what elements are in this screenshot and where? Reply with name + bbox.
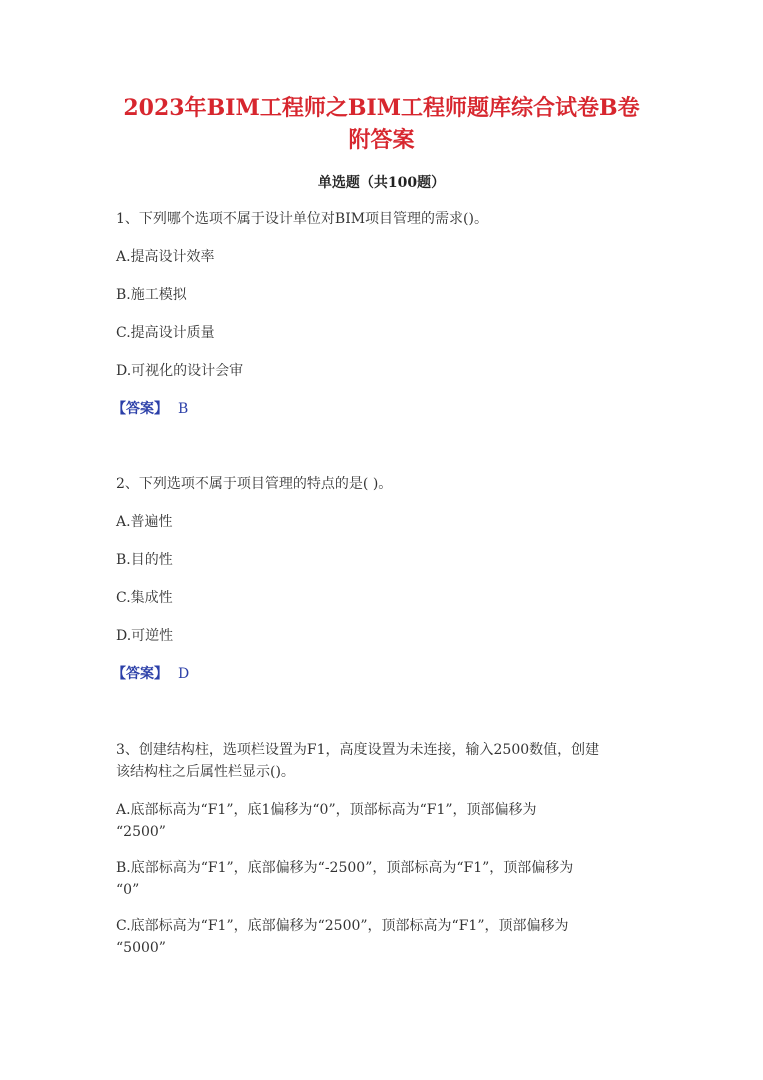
question-1-option-c: C.提高设计质量 — [116, 323, 215, 343]
question-1-answer: 【答案】B — [112, 399, 188, 419]
question-1-stem: 1、下列哪个选项不属于设计单位对BIM项目管理的需求()。 — [116, 209, 488, 229]
document-title: 2023年BIM工程师之BIM工程师题库综合试卷B卷 附答案 — [100, 92, 663, 156]
answer-label: 【答案】 — [112, 401, 168, 417]
title-line-1: 2023年BIM工程师之BIM工程师题库综合试卷B卷 — [100, 92, 663, 124]
question-3-option-c-line-1: C.底部标高为“F1”，底部偏移为“2500”，顶部标高为“F1”，顶部偏移为 — [116, 916, 568, 936]
answer-label: 【答案】 — [112, 666, 168, 682]
document-page: 2023年BIM工程师之BIM工程师题库综合试卷B卷 附答案 单选题（共100题… — [0, 0, 763, 1080]
question-1-option-b: B.施工模拟 — [116, 285, 187, 305]
answer-value: D — [178, 666, 189, 682]
question-3-option-a-line-2: “2500” — [116, 822, 166, 842]
question-2-answer: 【答案】D — [112, 664, 189, 684]
question-3-option-a-line-1: A.底部标高为“F1”，底1偏移为“0”，顶部标高为“F1”，顶部偏移为 — [116, 800, 537, 820]
question-3-stem-line-1: 3、创建结构柱，选项栏设置为F1，高度设置为未连接，输入2500数值，创建 — [116, 740, 599, 760]
question-2-stem: 2、下列选项不属于项目管理的特点的是( )。 — [116, 474, 392, 494]
answer-value: B — [178, 401, 188, 417]
question-2-option-d: D.可逆性 — [116, 626, 173, 646]
question-1-option-d: D.可视化的设计会审 — [116, 361, 243, 381]
question-1-option-a: A.提高设计效率 — [116, 247, 215, 267]
question-2-option-a: A.普遍性 — [116, 512, 173, 532]
question-3-option-b-line-1: B.底部标高为“F1”，底部偏移为“-2500”，顶部标高为“F1”，顶部偏移为 — [116, 858, 573, 878]
question-3-option-b-line-2: “0” — [116, 880, 139, 900]
title-line-2: 附答案 — [100, 124, 663, 156]
section-heading: 单选题（共100题） — [0, 172, 763, 192]
question-2-option-b: B.目的性 — [116, 550, 173, 570]
question-3-stem-line-2: 该结构柱之后属性栏显示()。 — [116, 762, 295, 782]
question-2-option-c: C.集成性 — [116, 588, 173, 608]
question-3-option-c-line-2: “5000” — [116, 938, 166, 958]
